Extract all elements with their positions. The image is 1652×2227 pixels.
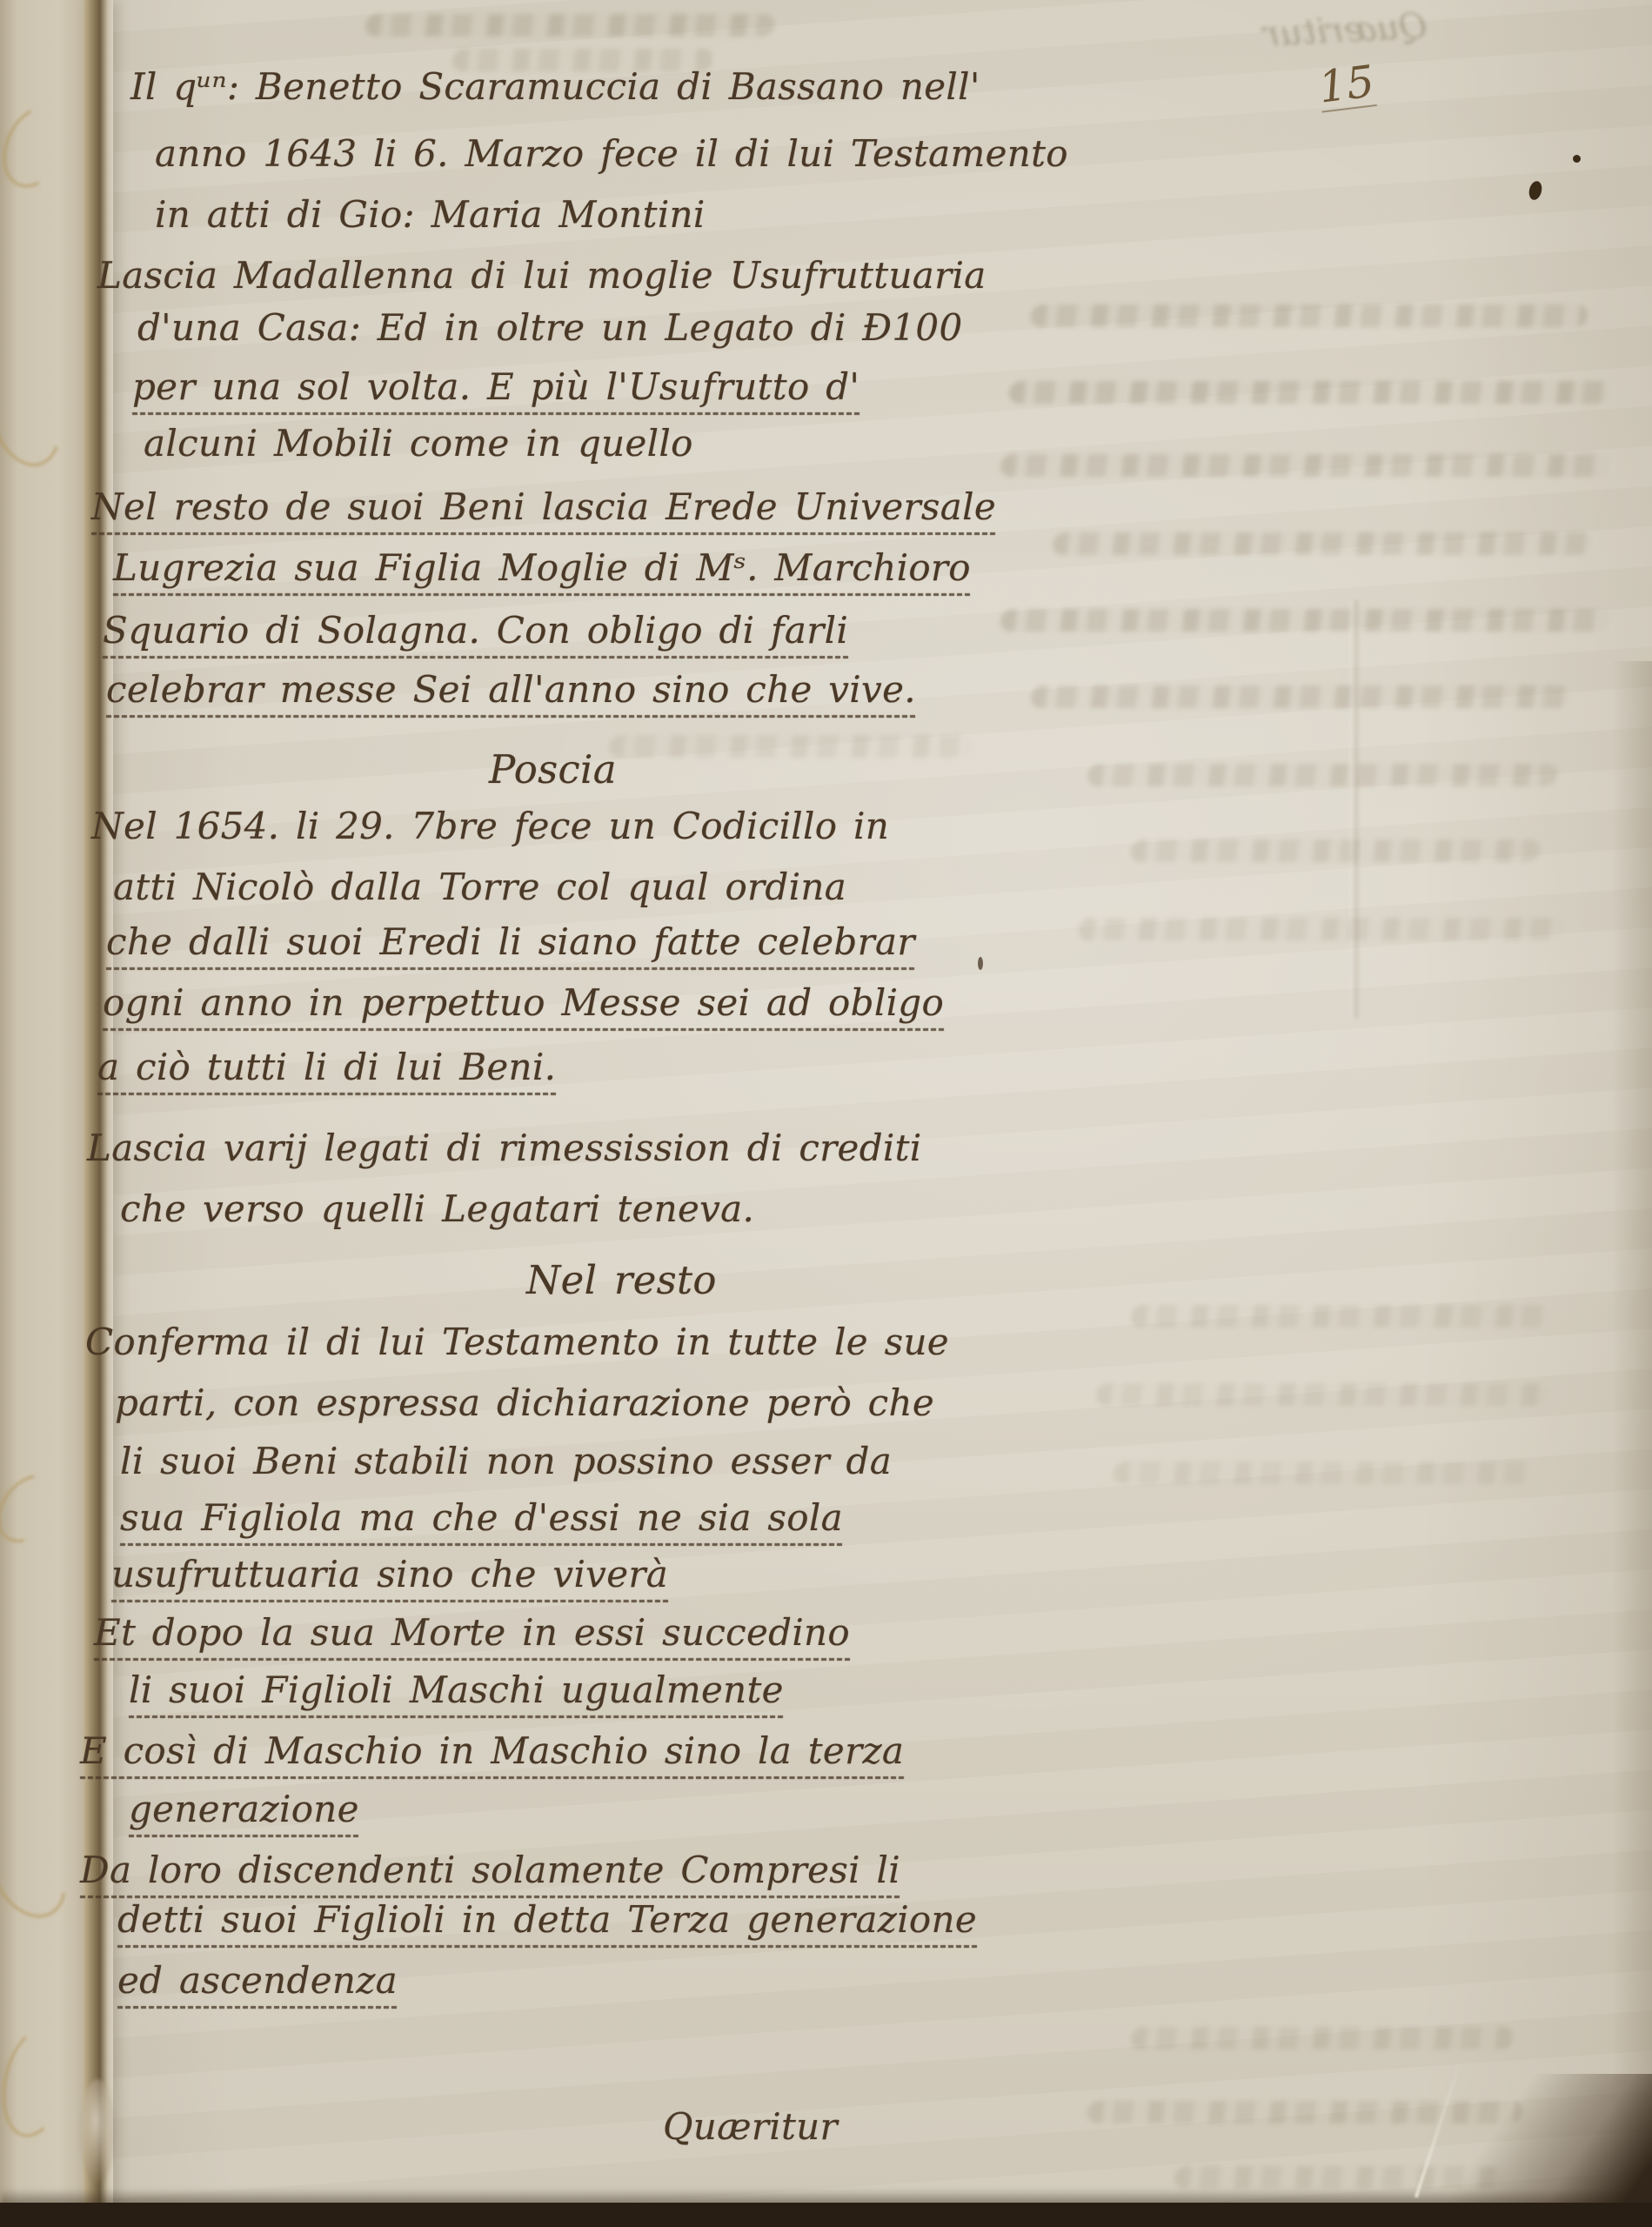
bleed-through-line [1000,609,1611,632]
bleed-through-line [1000,454,1611,477]
bleed-through-line [1087,2101,1524,2123]
section-heading-nel-resto: Nel resto [526,1257,717,1303]
bleed-through-line [1130,1305,1550,1328]
paper-crease [1350,600,1358,1018]
manuscript-line: ogni anno in perpettuo Messe sei ad obli… [103,981,944,1024]
manuscript-line: ed ascendenza [117,1959,398,2002]
manuscript-line: Et dopo la sua Morte in essi succedino [94,1611,850,1654]
manuscript-line: sua Figliola ma che d'essi ne sia sola [120,1496,843,1539]
manuscript-line: Nel resto de suoi Beni lascia Erede Univ… [91,485,996,528]
manuscript-line: che verso quelli Legatari teneva. [120,1187,754,1230]
page-corner-edge [1415,2056,1463,2198]
bleed-through-line [1095,1383,1550,1406]
manuscript-line: parti, con espressa dichiarazione però c… [115,1381,934,1424]
previous-page-edge [0,0,84,2227]
bleed-through-line [1008,381,1611,404]
manuscript-line: li suoi Beni stabili non possino esser d… [120,1440,892,1482]
manuscript-photo: Quæritur 15 Il qᵘⁿ: Benetto Scaramuccia … [0,0,1652,2227]
manuscript-line: in atti di Gio: Maria Montini [155,193,706,236]
manuscript-line: anno 1643 li 6. Marzo fece il di lui Tes… [155,132,1068,175]
bleed-through-line [1030,685,1572,708]
ink-speck [978,957,983,970]
manuscript-line: Lascia Madallenna di lui moglie Usufrutt… [97,254,987,297]
manuscript-line: Da loro discendenti solamente Compresi l… [80,1849,900,1891]
manuscript-line: Squario di Solagna. Con obligo di farli [103,609,848,652]
bleed-through-line [1087,764,1559,786]
bleed-through-line [365,14,776,37]
ink-speck [1528,180,1544,202]
manuscript-line: E così di Maschio in Maschio sino la ter… [80,1729,904,1772]
ghost-quaeritur: Quæritur [1262,6,1428,55]
binding-knot [80,2079,115,2184]
manuscript-line: celebrar messe Sei all'anno sino che viv… [106,668,916,711]
manuscript-line: a ciò tutti li di lui Beni. [97,1046,556,1088]
manuscript-line: Lugrezia sua Figlia Moglie di Mˢ. Marchi… [113,546,971,589]
bleed-through-line [608,735,976,758]
bleed-through-line [1052,532,1594,555]
manuscript-line: atti Nicolò dalla Torre col qual ordina [113,866,846,908]
bleed-through-line [1130,839,1542,862]
manuscript-line: Lascia varij legati di rimessission di c… [87,1127,922,1169]
manuscript-line: generazione [129,1788,359,1830]
bleed-through-line [1174,2166,1507,2189]
bleed-through-line [1030,304,1589,327]
manuscript-line: alcuni Mobili come in quello [144,422,693,465]
manuscript-line: Il qᵘⁿ: Benetto Scaramuccia di Bassano n… [130,65,980,108]
ink-speck [1573,155,1581,163]
section-heading-poscia: Poscia [489,746,617,792]
bleed-through-line [1130,2027,1515,2050]
page-corner-shadow [1382,2074,1652,2204]
binding-edge [84,0,113,2227]
table-background [0,2203,1652,2227]
bleed-through-line [1113,1461,1533,1484]
page-number: 15 [1316,56,1377,112]
manuscript-line: d'una Casa: Ed in oltre un Legato di Ɖ10… [137,306,962,349]
manuscript-line: usufruttuaria sino che viverà [111,1553,668,1595]
manuscript-line: Nel 1654. li 29. 7bre fece un Codicillo … [91,805,889,847]
manuscript-line: Conferma il di lui Testamento in tutte l… [85,1321,949,1363]
manuscript-line: per una sol volta. E più l'Usufrutto d' [132,365,859,408]
quaeritur-note: Quæritur [663,2105,838,2148]
manuscript-line: li suoi Figlioli Maschi ugualmente [129,1669,784,1711]
bleed-through-line [1078,918,1568,940]
manuscript-line: detti suoi Figlioli in detta Terza gener… [117,1898,977,1941]
manuscript-line: che dalli suoi Eredi li siano fatte cele… [106,920,915,963]
page-right-shading [1612,661,1652,2204]
